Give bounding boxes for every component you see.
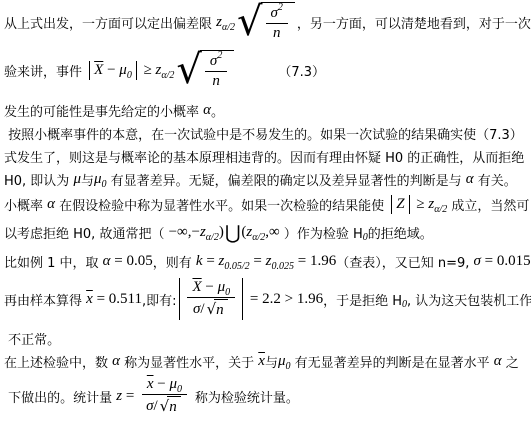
math-variable: n — [216, 302, 224, 319]
absolute-value: X − μ0 — [89, 61, 137, 80]
math-variable: σ — [474, 253, 481, 270]
math-operator: ≥ — [413, 196, 429, 213]
text-run: ,即有: — [142, 290, 177, 309]
math-variable: σ — [271, 5, 278, 22]
math-subscript: α/2 — [206, 232, 219, 243]
math-operator: = — [122, 388, 138, 405]
math-subscript: 0 — [225, 287, 230, 298]
text-run: 有无显著差异的判断是在显著水平 — [291, 352, 494, 371]
text-run: 再由样本算得 — [4, 290, 86, 309]
absolute-value: X − μ0σ/√n — [179, 278, 243, 320]
math-subscript: 0 — [177, 384, 182, 395]
radical-sign-icon: √ — [176, 50, 202, 90]
math-operator: ,∞ — [265, 224, 279, 241]
fraction-numerator: x − μ0 — [142, 376, 187, 395]
text-run: 下做出的。统计量 — [4, 387, 116, 406]
text-line: 式发生了，则这是与概率论的基本原理相违背的。因而有理由怀疑 H0 的正确性，从而… — [2, 146, 531, 167]
math-subscript: 0 — [363, 232, 368, 243]
text-line: 比如例 1 中，取 α = 0.05，则有 k = z0.05/2 = z0.0… — [2, 251, 531, 272]
text-line: 小概率 α 在假设检验中称为显著性水平。如果一次检验的结果能使 Z ≥ zα/2… — [2, 194, 531, 215]
math-subscript: 0.05/2 — [224, 261, 249, 272]
math-variable: σ — [210, 53, 217, 70]
math-operator: = 1.96 — [294, 253, 336, 270]
text-run: 发生的可能性是事先给定的小概率 — [4, 101, 203, 120]
math-variable: α — [112, 353, 120, 370]
text-run: 的拒绝域。 — [368, 223, 433, 242]
text-run: 成立，当然可 — [447, 195, 529, 214]
math-variable: α — [103, 253, 111, 270]
math-operator: − — [103, 62, 119, 79]
text-run: , 认为这天包装机工作 — [407, 290, 531, 309]
text-run: H0, 即认为 — [4, 170, 73, 189]
fraction-denominator: σ/√n — [141, 395, 188, 416]
math-overbar-variable: x — [258, 353, 265, 370]
math-variable: α — [47, 196, 55, 213]
text-run: ，则有 — [153, 252, 196, 271]
math-overbar-variable: x — [147, 376, 154, 393]
math-subscript: 0 — [286, 361, 291, 372]
math-variable: σ — [193, 301, 200, 318]
text-run: （7.3） — [278, 61, 325, 80]
math-subscript: 0 — [402, 299, 407, 310]
math-subscript: 0.025 — [271, 261, 294, 272]
fraction-numerator: σ2 — [205, 53, 227, 72]
text-line: 发生的可能性是事先给定的小概率 α。 — [2, 100, 531, 121]
absolute-value: Z — [391, 195, 409, 214]
text-run: 在上述检验中，数 — [4, 352, 112, 371]
union-icon: ⋃ — [225, 222, 241, 244]
text-line: 从上式出发，一方面可以定出偏差限 zα/2√σ2n，另一方面，可以清楚地看到，对… — [2, 2, 531, 42]
math-variable: k — [196, 253, 203, 270]
text-run: （查表），又已知 n=9, — [336, 252, 473, 271]
text-line: 按照小概率事件的本意，在一次试验中是不易发生的。如果一次试验的结果确实使（7.3… — [2, 123, 531, 144]
fraction: σ2n — [205, 53, 227, 90]
text-run: 有关。 — [474, 170, 517, 189]
math-operator: / — [200, 301, 204, 318]
math-operator: = 0.511 — [93, 291, 142, 308]
text-run: 比如例 1 中，取 — [4, 252, 103, 271]
text-run: 在假设检验中称为显著性水平。如果一次检验的结果能使 — [55, 195, 388, 214]
text-line: 不正常。 — [2, 328, 531, 349]
text-run: 从上式出发，一方面可以定出偏差限 — [4, 13, 216, 32]
text-run: ，于是拒绝 H — [323, 290, 402, 309]
math-subscript: α/2 — [434, 204, 447, 215]
text-run: 之 — [502, 352, 519, 371]
text-run: 有显著差异。无疑，偏差限的确定以及差异显著性的判断是与 — [107, 170, 466, 189]
math-operator: − — [153, 376, 169, 393]
math-overbar-variable: X — [192, 279, 201, 296]
radicand: σ2n — [200, 50, 234, 90]
math-variable: μ — [94, 171, 102, 188]
math-variable: μ — [278, 353, 286, 370]
math-operator: = 2.2 > 1.96 — [246, 291, 323, 308]
text-run: ）作为检验 H — [280, 223, 363, 242]
math-variable: σ — [146, 398, 153, 415]
text-run: 。 — [211, 101, 224, 120]
math-operator: / — [153, 398, 157, 415]
math-operator: = — [250, 253, 266, 270]
text-line: 再由样本算得 x = 0.511,即有:X − μ0σ/√n = 2.2 > 1… — [2, 278, 531, 320]
math-variable: μ — [73, 171, 81, 188]
math-operator: = — [203, 253, 219, 270]
math-variable: n — [273, 25, 281, 42]
document-page: 从上式出发，一方面可以定出偏差限 zα/2√σ2n，另一方面，可以清楚地看到，对… — [0, 0, 531, 416]
radicand: σ2n — [261, 2, 295, 42]
math-variable: Z — [396, 196, 404, 213]
text-run: 以考虑拒绝 H0, 故通常把（ — [4, 223, 169, 242]
fraction: x − μ0σ/√n — [141, 376, 188, 416]
fraction-numerator: σ2 — [266, 5, 288, 24]
math-subscript: α/2 — [252, 232, 265, 243]
math-subscript: α/2 — [222, 22, 235, 33]
math-operator: − — [202, 279, 218, 296]
math-operator: ≥ — [140, 62, 156, 79]
text-line: 下做出的。统计量 z = x − μ0σ/√n 称为检验统计量。 — [2, 376, 531, 416]
radical-sign-icon: √ — [237, 2, 263, 42]
radical: √n — [207, 299, 228, 319]
text-run: 不正常。 — [4, 329, 60, 348]
fraction: X − μ0σ/√n — [187, 279, 235, 319]
math-operator: −∞,− — [169, 224, 200, 241]
math-subscript: 0 — [127, 70, 132, 81]
math-variable: n — [212, 73, 220, 90]
text-run: 式发生了，则这是与概率论的基本原理相违背的。因而有理由怀疑 H0 的正确性，从而… — [4, 147, 524, 166]
math-variable: α — [203, 102, 211, 119]
math-variable: μ — [119, 62, 127, 79]
text-run: 与 — [81, 170, 94, 189]
radical: √σ2n — [237, 2, 295, 42]
fraction-denominator: n — [268, 24, 286, 42]
math-operator: ) — [219, 224, 224, 241]
text-run: 称为检验统计量。 — [191, 387, 299, 406]
spacer — [236, 70, 278, 71]
radicand: n — [167, 396, 181, 416]
math-superscript: 2 — [217, 50, 222, 61]
fraction-numerator: X − μ0 — [187, 279, 235, 298]
text-line: 以考虑拒绝 H0, 故通常把（ −∞,−zα/2)⋃(zα/2,∞ ）作为检验 … — [2, 221, 531, 243]
math-subscript: 0 — [102, 179, 107, 190]
math-superscript: 2 — [278, 2, 283, 13]
math-overbar-variable: x — [86, 291, 93, 308]
math-variable: μ — [218, 279, 226, 296]
math-overbar-variable: X — [94, 62, 103, 79]
math-operator: = 0.015 — [481, 253, 531, 270]
fraction-denominator: n — [207, 72, 225, 90]
math-subscript: α/2 — [161, 70, 174, 81]
radical: √σ2n — [176, 50, 234, 90]
math-variable: α — [466, 171, 474, 188]
text-run: 小概率 — [4, 195, 47, 214]
text-line: H0, 即认为 μ与μ0 有显著差异。无疑，偏差限的确定以及差异显著性的判断是与… — [2, 169, 531, 190]
text-line: 验来讲，事件 X − μ0 ≥ zα/2√σ2n（7.3） — [2, 50, 531, 90]
math-operator: = 0.05 — [111, 253, 153, 270]
document-body: 从上式出发，一方面可以定出偏差限 zα/2√σ2n，另一方面，可以清楚地看到，对… — [2, 2, 531, 416]
text-run: ，另一方面，可以清楚地看到，对于一次试 — [297, 13, 531, 32]
math-variable: α — [494, 353, 502, 370]
text-run: 称为显著性水平，关于 — [120, 352, 258, 371]
fraction-denominator: σ/√n — [188, 298, 235, 319]
radical: √n — [160, 396, 181, 416]
text-line: 在上述检验中，数 α 称为显著性水平，关于 x与μ0 有无显著差异的判断是在显著… — [2, 351, 531, 372]
text-run: 按照小概率事件的本意，在一次试验中是不易发生的。如果一次试验的结果确实使（7.3… — [4, 124, 523, 143]
fraction: σ2n — [266, 5, 288, 42]
math-variable: n — [169, 399, 177, 416]
radicand: n — [214, 299, 228, 319]
math-variable: μ — [169, 376, 177, 393]
text-run: 验来讲，事件 — [4, 61, 86, 80]
text-run: 与 — [265, 352, 278, 371]
